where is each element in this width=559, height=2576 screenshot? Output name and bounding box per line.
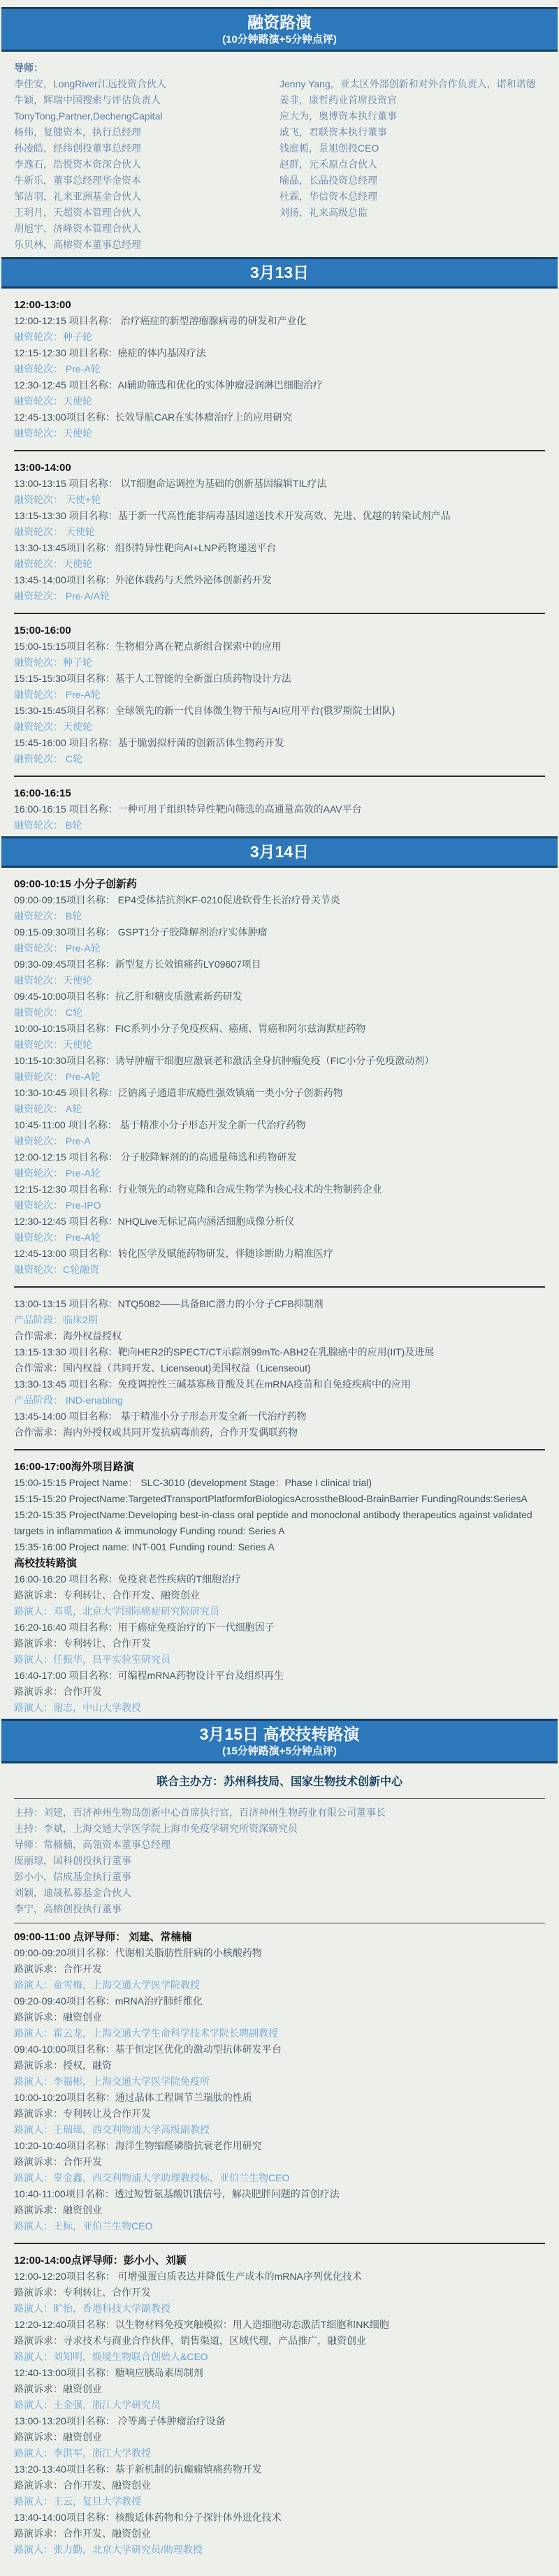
schedule-line: 10:00-10:15项目名称：FIC系列小分子免疫疾病、癌痛、胃癌和阿尔兹海默… (14, 1021, 545, 1037)
highlight-line: 融资轮次： A轮 (14, 1101, 545, 1117)
section-divider (14, 613, 545, 614)
schedule-line: 合作需求：海外权益授权 (14, 1328, 545, 1344)
schedule-line: 12:00-12:15 项目名称： 分子胶降解剂的的高通量筛选和药物研发 (14, 1149, 545, 1165)
highlight-line: 融资轮次：天使轮 (14, 393, 545, 409)
highlight-line: 融资轮次： 天使轮 (14, 524, 545, 540)
mentor-item: 应大为，奥博资本执行董事 (279, 108, 539, 124)
schedule-line: 12:40-13:00项目名称：糖响应胰岛素周制剂 (14, 2365, 545, 2381)
schedule-line: 路演诉求：合作开发 (14, 2154, 545, 2170)
mentor-item: Jenny Yang，亚太区外部创新和对外合作负责人，诺和诺德 (279, 76, 539, 92)
schedule-line: 合作需求：海内外授权或共同开发抗病毒前药，合作开发偶联药物 (14, 1425, 545, 1441)
mentor-item: 王玥月，天超资本管理合伙人 (14, 205, 274, 221)
thin-divider (14, 1923, 545, 1923)
highlight-line: 路演人：王金强，浙江大学研究员 (14, 2397, 545, 2413)
highlight-line: 融资轮次： Pre-A轮 (14, 687, 545, 703)
highlight-line: 融资轮次： Pre-IPO (14, 1198, 545, 1214)
highlight-line: 融资轮次： B轮 (14, 817, 545, 834)
section-divider (14, 1449, 545, 1450)
schedule-line: 13:45-14:00项目名称：外泌体载药与天然外泌体创新药开发 (14, 572, 545, 588)
highlight-line: 路演人：王标，亚伯兰生物CEO (14, 2218, 545, 2234)
day-banner: 融资路演(10分钟路演+5分钟点评) (1, 7, 558, 52)
day-banner: 3月14日 (1, 836, 558, 868)
schedule-line: 10:30-10:45 项目名称：泛钠离子通道非成瘾性强效镇痛一类小分子创新药物 (14, 1085, 545, 1101)
host-line: 主持：刘建，百济神州生物岛创新中心首席执行官，百济神州生物药业有限公司董事长 (14, 1805, 545, 1821)
schedule-line: 10:20-10:40项目名称：海洋生物缩醛磷脂抗衰老作用研究 (14, 2138, 545, 2154)
schedule-line: 15:00-15:15项目名称：生物相分离在靶点新组合探索中的应用 (14, 639, 545, 655)
schedule-line: 15:15-15:30项目名称：基于人工智能的全新蛋白质药物设计方法 (14, 671, 545, 687)
schedule-line: 12:45-13:00项目名称：长效导航CAR在实体瘤治疗上的应用研究 (14, 409, 545, 425)
schedule-line: 12:20-12:40项目名称：以生物材料免疫突触模拟：用人造细胞动态激活T细胞… (14, 2317, 545, 2333)
highlight-line: 融资轮次：天使轮 (14, 425, 545, 442)
schedule-line: 13:30-13:45 项目名称：免疫调控性三碱基寡核苷酸及其在mRNA疫苗和自… (14, 1376, 545, 1392)
schedule-line: 10:40-11:00项目名称：透过短暂氨基酸饥饿信号，解决肥胖问题的首创疗法 (14, 2186, 545, 2202)
mentors-section: 导师： (0, 60, 559, 76)
host-line: 彭小小，信成基金执行董事 (14, 1869, 545, 1885)
schedule-line: 路演诉求：专利转让、合作开发 (14, 1636, 545, 1652)
schedule-line: 15:30-15:45项目名称：全球领先的新一代自体微生物干预与AI应用平台(俄… (14, 703, 545, 719)
schedule-line: 09:40-10:00项目名称：基于恒定区优化的激动型抗体研发平台 (14, 2042, 545, 2058)
mentor-item: 刘扬，礼来高级总监 (279, 205, 539, 221)
schedule-line: 15:45-16:00 项目名称：基于脆弱拟杆菌的创新活体生物药开发 (14, 735, 545, 751)
slot-header: 16:00-16:15 (14, 785, 545, 801)
schedule-line: 13:40-14:00项目名称：核酸适体药物和分子探针体外进化技术 (14, 2510, 545, 2526)
host-line: 刘颖，迪晟私募基金合伙人 (14, 1885, 545, 1901)
mentor-item: 乐贝林，高榕资本董事总经理 (14, 237, 274, 253)
schedule-line: 路演诉求：授权，融资 (14, 2058, 545, 2074)
highlight-line: 路演人：张力勤，北京大学研究员/助理教授 (14, 2542, 545, 2558)
schedule-line: 路演诉求：融资创业 (14, 2202, 545, 2218)
banner-title: 融资路演 (8, 13, 551, 33)
highlight-line: 路演人：王瑞瑶，西交利物浦大学高级副教授 (14, 2122, 545, 2138)
slot-header: 12:00-13:00 (14, 297, 545, 313)
schedule-line: 12:30-12:45 项目名称：NHQLive无标记高内涵活细胞成像分析仪 (14, 1214, 545, 1230)
banner-title: 3月14日 (8, 842, 551, 862)
highlight-line: 融资轮次：种子轮 (14, 655, 545, 671)
schedule-line: 15:20-15:35 ProjectName:Developing best-… (14, 1507, 545, 1539)
schedule-line: 路演诉求：专利转让及合作开发 (14, 2106, 545, 2122)
schedule-section: 12:00-13:0012:00-12:15 项目名称： 治疗癌症的新型溶瘤腺病… (0, 297, 559, 834)
schedule-line: 路演诉求：融资创业 (14, 2009, 545, 2025)
highlight-line: 融资轮次：天使轮 (14, 1037, 545, 1053)
section-divider (14, 776, 545, 777)
schedule-line: 13:20-13:40项目名称：基于新机制的抗癫痫镇痛药物开发 (14, 2461, 545, 2477)
schedule-line: 10:15-10:30项目名称：诱导肿瘤干细胞应激衰老和激活全身抗肿瘤免疫（FI… (14, 1053, 545, 1069)
highlight-line: 路演人：刘知明，焕境生物联合创始人&CEO (14, 2349, 545, 2365)
banner-subtitle: (10分钟路演+5分钟点评) (8, 33, 551, 47)
mentor-item: 杨伟，复健资本，执行总经理 (14, 124, 274, 140)
mentor-item: 李逸石，浩悦资本资深合伙人 (14, 157, 274, 173)
highlight-line: 融资轮次： 天使+轮 (14, 492, 545, 508)
highlight-line: 产品阶段：临床2期 (14, 1312, 545, 1328)
section-divider (14, 2243, 545, 2244)
mentor-item: 孙凌皓，经纬创投董事总经理 (14, 140, 274, 157)
mentor-item: 姜非，康哲药业首席投资官 (279, 92, 539, 108)
schedule-line: 13:00-13:15 项目名称：NTQ5082——具备BIC潜力的小分子CFB… (14, 1296, 545, 1312)
slot-header: 09:00-11:00 点评导师： 刘建、常楠楠 (14, 1929, 545, 1945)
highlight-line: 融资轮次：天使轮 (14, 719, 545, 735)
host-line: 庞丽琼，国科创投执行董事 (14, 1853, 545, 1869)
highlight-line: 路演人：辜金鑫，西交利物浦大学助理教授标，亚伯兰生物CEO (14, 2170, 545, 2186)
mentors-columns: 李佳安，LongRiver江远投资合伙人牛颖，辉瑞中国搜索与评估负责人TonyT… (0, 76, 559, 253)
schedule-line: 09:00-09:15项目名称： EP4受体拮抗剂KF-0210促进软骨生长治疗… (14, 892, 545, 908)
schedule-line: 13:30-13:45项目名称：组织特异性靶向AI+LNP药物递送平台 (14, 540, 545, 556)
schedule-line: 13:45-14:00 项目名称： 基于精准小分子形态开发全新一代治疗药物 (14, 1409, 545, 1425)
highlight-line: 融资轮次： Pre-A轮 (14, 361, 545, 377)
schedule-line: 16:40-17:00 项目名称：可编程mRNA药物设计平台及组织再生 (14, 1668, 545, 1684)
host-line: 主持：李斌，上海交通大学医学院上海市免疫学研究所资深研究员 (14, 1821, 545, 1837)
schedule-line: 15:00-15:15 Project Name： SLC-3010 (deve… (14, 1475, 545, 1491)
schedule-line: 16:00-16:20 项目名称：免疫衰老性疾病的T细胞治疗 (14, 1571, 545, 1587)
mentor-item: TonyTong,Partner,DechengCapital (14, 108, 274, 124)
mentor-item: 喻晶，长晶投资总经理 (279, 173, 539, 189)
banner-title: 3月13日 (8, 263, 551, 283)
schedule-line: 13:15-13:30 项目名称：基于新一代高性能非病毒基因递送技术开发高效、先… (14, 508, 545, 524)
highlight-line: 融资轮次： Pre-A (14, 1133, 545, 1149)
slot-header: 15:00-16:00 (14, 623, 545, 639)
highlight-line: 融资轮次：C轮融资 (14, 1262, 545, 1278)
schedule-line: 路演诉求：合作开发 (14, 1684, 545, 1700)
section-divider (14, 1286, 545, 1288)
schedule-line: 10:45-11:00 项目名称： 基于精准小分子形态开发全新一代治疗药物 (14, 1117, 545, 1133)
highlight-line: 路演人：王云，复旦大学教授 (14, 2494, 545, 2510)
mentor-item: 赵群，元禾原点合伙人 (279, 157, 539, 173)
schedule-line: 12:00-12:20项目名称： 可增强蛋白质表达并降低生产成本的mRNA序列优… (14, 2269, 545, 2285)
schedule-line: 路演诉求：融资创业 (14, 2429, 545, 2445)
highlight-line: 融资轮次： B轮 (14, 908, 545, 924)
schedule-line: 12:00-12:15 项目名称： 治疗癌症的新型溶瘤腺病毒的研发和产业化 (14, 313, 545, 329)
highlight-line: 融资轮次： Pre-A轮 (14, 940, 545, 956)
day-banner: 3月13日 (1, 257, 558, 289)
schedule-line: 09:45-10:00项目名称：抗乙肝和糖皮质激素新药研发 (14, 989, 545, 1005)
slot-header: 12:00-14:00点评导师：彭小小、刘颖 (14, 2253, 545, 2269)
highlight-line: 路演人：任振华，昌平实验室研究员 (14, 1652, 545, 1668)
day-banner: 3月15日 高校技转路演(15分钟路演+5分钟点评) (1, 1719, 558, 1763)
highlight-line: 路演人：童雪梅，上海交通大学医学院教授 (14, 1977, 545, 1993)
mentor-item: 戚飞，君联资本执行董事 (279, 124, 539, 140)
mentor-item: 牛新乐，董事总经理华金资本 (14, 173, 274, 189)
highlight-line: 产品阶段： IND-enabling (14, 1392, 545, 1409)
schedule-line: 09:15-09:30项目名称： GSPT1分子胶降解剂治疗实体肿瘤 (14, 924, 545, 940)
page: 融资路演(10分钟路演+5分钟点评)导师：李佳安，LongRiver江远投资合伙… (0, 0, 559, 2576)
section-divider (14, 450, 545, 451)
divider-wrap (0, 1923, 559, 1923)
host-line: 李宁，高榕创投执行董事 (14, 1901, 545, 1917)
schedule-line: 12:15-12:30 项目名称：癌症的体内基因疗法 (14, 345, 545, 361)
highlight-line: 融资轮次：种子轮 (14, 329, 545, 345)
mentor-item: 钱庭栀，景旭创投CEO (279, 140, 539, 157)
schedule-line: 16:20-16:40 项目名称：用于癌症免疫治疗的下一代细胞因子 (14, 1620, 545, 1636)
schedule-line: 路演诉求：寻求技术与商业合作伙伴，销售渠道，区域代理，产品推广，融资创业 (14, 2333, 545, 2349)
highlight-line: 路演人：李福彬，上海交通大学医学院免疫所 (14, 2074, 545, 2090)
schedule-line: 路演诉求：合作开发、融资创业 (14, 2477, 545, 2494)
schedule-section: 09:00-11:00 点评导师： 刘建、常楠楠09:00-09:20项目名称：… (0, 1929, 559, 2558)
schedule-line: 15:35-16:00 Project name: INT-001 Fundin… (14, 1539, 545, 1555)
highlight-line: 融资轮次： Pre-A轮 (14, 1069, 545, 1085)
mentor-item: 李佳安，LongRiver江远投资合伙人 (14, 76, 274, 92)
schedule-line: 路演诉求：合作开发 (14, 1961, 545, 1977)
schedule-line: 09:20-09:40项目名称：mRNA治疗肺纤维化 (14, 1993, 545, 2009)
slot-header: 09:00-10:15 小分子创新药 (14, 876, 545, 892)
highlight-line: 融资轮次： Pre-A轮 (14, 1165, 545, 1181)
divider-wrap (0, 1798, 559, 1799)
schedule-line: 10:00-10:20项目名称：通过晶体工程调节兰瑞肽的性质 (14, 2090, 545, 2106)
mentors-label: 导师： (14, 60, 545, 76)
schedule-line: 15:15-15:20 ProjectName:TargetedTranspor… (14, 1491, 545, 1507)
highlight-line: 融资轮次： Pre-A轮 (14, 1230, 545, 1246)
highlight-line: 路演人：旷怡，香港科技大学副教授 (14, 2301, 545, 2317)
co-organizer-line: 联合主办方：苏州科技局、国家生物技术创新中心 (0, 1772, 559, 1793)
schedule-line: 09:00-09:20项目名称：代谢相关脂肪性肝病的小核酸药物 (14, 1945, 545, 1961)
slot-header: 13:00-14:00 (14, 460, 545, 476)
highlight-line: 融资轮次： Pre-A/A轮 (14, 588, 545, 604)
mentor-item: 牛颖，辉瑞中国搜索与评估负责人 (14, 92, 274, 108)
banner-title: 3月15日 高校技转路演 (8, 1724, 551, 1745)
highlight-line: 融资轮次： C轮 (14, 1005, 545, 1021)
schedule-line: 13:15-13:30 项目名称：靶向HER2的SPECT/CT示踪剂99mTc… (14, 1344, 545, 1360)
schedule-line: 12:15-12:30 项目名称：行业领先的动物克隆和合成生物学为核心技术的生物… (14, 1181, 545, 1198)
highlight-line: 路演人：李洪军，浙江大学教授 (14, 2445, 545, 2461)
schedule-line: 12:30-12:45 项目名称：AI辅助筛选和优化的实体肿瘤浸润淋巴细胞治疗 (14, 377, 545, 393)
schedule-line: 路演诉求：专利转让、合作开发 (14, 2285, 545, 2301)
host-mentor-list: 主持：刘建，百济神州生物岛创新中心首席执行官，百济神州生物药业有限公司董事长主持… (0, 1805, 559, 1917)
slot-header: 高校技转路演 (14, 1555, 545, 1571)
schedule-line: 路演诉求：合作开发、融资创业 (14, 2526, 545, 2542)
banner-subtitle: (15分钟路演+5分钟点评) (8, 1745, 551, 1759)
thin-divider (14, 1798, 545, 1799)
highlight-line: 融资轮次： C轮 (14, 751, 545, 767)
schedule-line: 合作需求：国内权益（共同开发、Licenseout)美国权益（Licenseou… (14, 1360, 545, 1376)
schedule-line: 16:00-16:15 项目名称：一种可用于组织特异性靶向筛选的高通量高效的AA… (14, 801, 545, 817)
schedule-line: 09:30-09:45项目名称：新型复方长效镇痛药LY09607项目 (14, 956, 545, 973)
mentor-item: 杜霖，华信资本总经理 (279, 189, 539, 205)
host-line: 导师：常楠楠，高瓴资本董事总经理 (14, 1837, 545, 1853)
schedule-line: 13:00-13:15 项目名称： 以T细胞命运调控为基础的创新基因编辑TIL疗… (14, 476, 545, 492)
highlight-line: 路演人：谢志，中山大学教授 (14, 1700, 545, 1716)
schedule-line: 12:45-13:00 项目名称：转化医学及赋能药物研发，伴随诊断助力精准医疗 (14, 1246, 545, 1262)
highlight-line: 路演人：霍云龙，上海交通大学生命科学技术学院长聘副教授 (14, 2025, 545, 2042)
mentors-column-left: 李佳安，LongRiver江远投资合伙人牛颖，辉瑞中国搜索与评估负责人TonyT… (14, 76, 279, 253)
highlight-line: 路演人：邓觅，北京大学国际癌症研究院研究员 (14, 1603, 545, 1620)
mentors-column-right: Jenny Yang，亚太区外部创新和对外合作负责人，诺和诺德姜非，康哲药业首席… (279, 76, 545, 253)
highlight-line: 融资轮次：天使轮 (14, 973, 545, 989)
schedule-line: 路演诉求：专利转让、合作开发、融资创业 (14, 1587, 545, 1603)
mentor-item: 胡旭宇，济峰资本管理合伙人 (14, 221, 274, 237)
highlight-line: 融资轮次：天使轮 (14, 556, 545, 572)
schedule-line: 13:00-13:20项目名称： 冷等离子体肿瘤治疗设备 (14, 2413, 545, 2429)
mentor-item: 邹洁羽，礼来亚洲基金合伙人 (14, 189, 274, 205)
slot-header: 16:00-17:00海外项目路演 (14, 1459, 545, 1475)
schedule-line: 路演诉求：融资创业 (14, 2381, 545, 2397)
schedule-section: 09:00-10:15 小分子创新药09:00-09:15项目名称： EP4受体… (0, 876, 559, 1716)
